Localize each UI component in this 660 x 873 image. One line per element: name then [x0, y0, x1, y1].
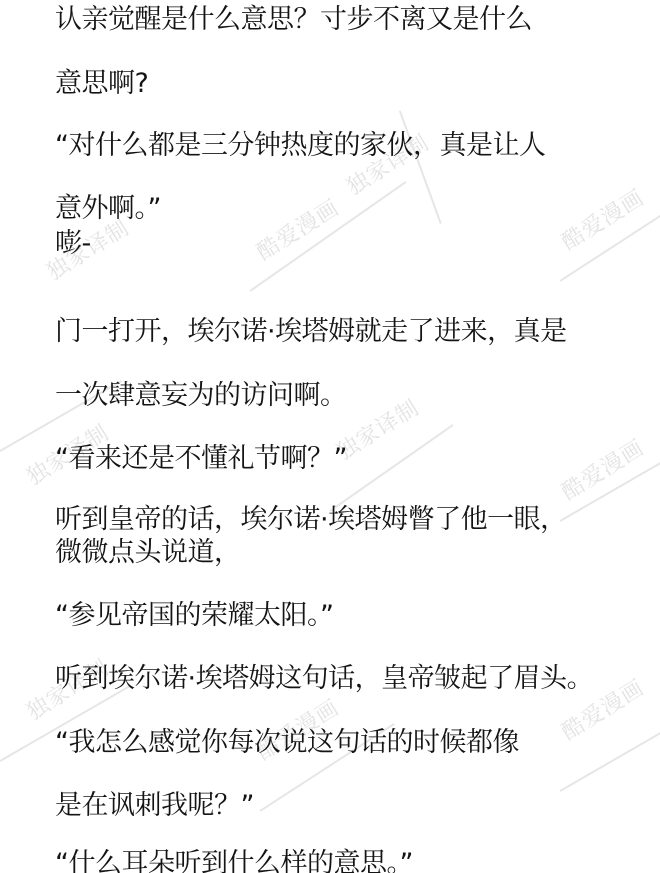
text-line: 听到皇帝的话，埃尔诺·埃塔姆瞥了他一眼，: [55, 504, 567, 536]
text-line: “我怎么感觉你每次说这句话的时候都像: [55, 727, 519, 759]
document-body: 认亲觉醒是什么意思？寸步不离又是什么 意思啊? “对什么都是三分钟热度的家伙，真…: [0, 0, 660, 873]
text-line: 是在讽刺我呢？”: [55, 790, 254, 822]
text-line: 听到埃尔诺·埃塔姆这句话，皇帝皱起了眉头。: [55, 663, 593, 695]
text-line: 微微点头说道，: [55, 537, 241, 569]
text-line: “什么耳朵听到什么样的意思。”: [55, 848, 413, 873]
text-line: “对什么都是三分钟热度的家伙，真是让人: [55, 130, 546, 162]
text-line: “看来还是不懂礼节啊？”: [55, 443, 347, 475]
text-line: 一次肆意妄为的访问啊。: [55, 380, 347, 412]
text-line: 意外啊。”: [55, 193, 161, 225]
text-line: 嘭-: [55, 228, 91, 260]
text-line: “参见帝国的荣耀太阳。”: [55, 600, 333, 632]
text-line: 认亲觉醒是什么意思？寸步不离又是什么: [55, 4, 532, 36]
text-line: 意思啊?: [55, 68, 148, 100]
text-line: 门一打开，埃尔诺·埃塔姆就走了进来，真是: [55, 316, 567, 348]
